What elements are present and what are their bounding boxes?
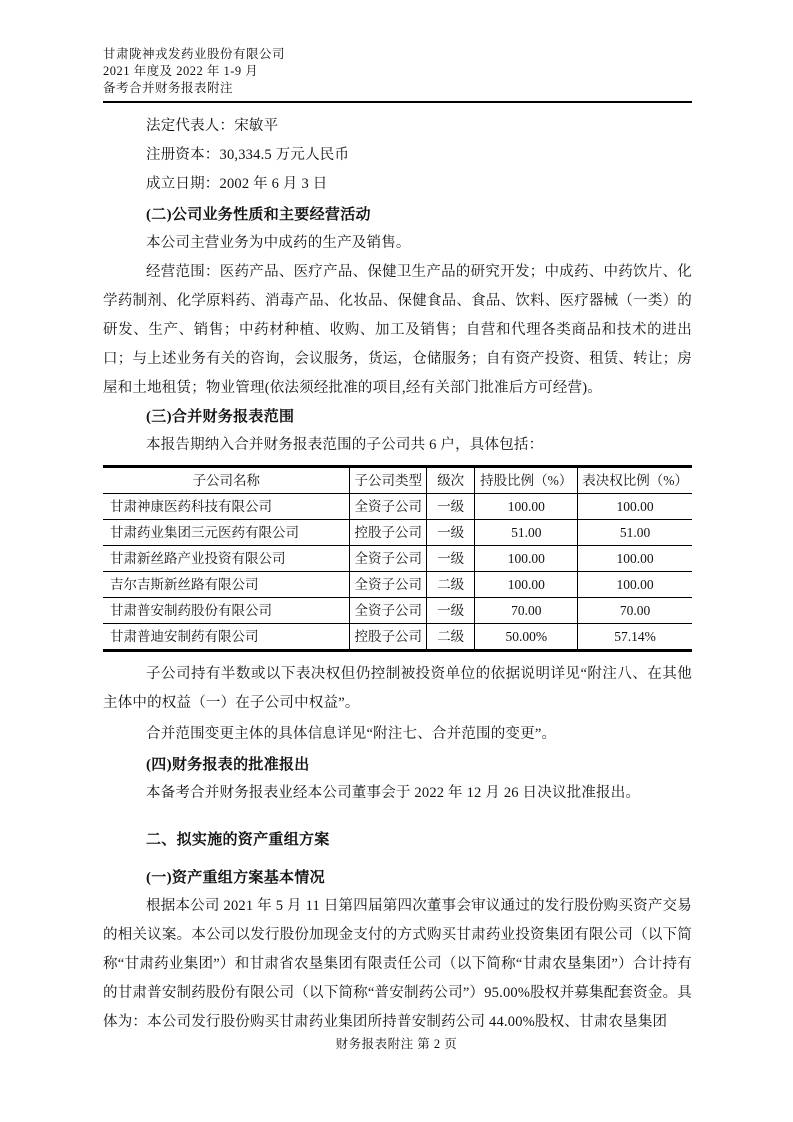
subsidiary-name-cell: 甘肃普安制药股份有限公司 <box>103 598 350 624</box>
restructuring-paragraph: 根据本公司 2021 年 5 月 11 日第四届第四次董事会审议通过的发行股份购… <box>103 892 692 1037</box>
table-cell: 51.00 <box>578 520 692 546</box>
subsidiary-name-cell: 甘肃药业集团三元医药有限公司 <box>103 520 350 546</box>
table-cell: 一级 <box>427 546 475 572</box>
table-cell: 一级 <box>427 494 475 520</box>
subsidiary-name-cell: 甘肃普迪安制药有限公司 <box>103 624 350 651</box>
business-scope-paragraph: 经营范围：医药产品、医疗产品、保健卫生产品的研究开发；中成药、中药饮片、化学药制… <box>103 258 692 403</box>
table-header-row: 子公司名称子公司类型级次持股比例（%）表决权比例（%） <box>103 467 692 494</box>
page-footer: 财务报表附注 第 2 页 <box>0 1034 793 1052</box>
table-row: 甘肃新丝路产业投资有限公司全资子公司一级100.00100.00 <box>103 546 692 572</box>
table-cell: 100.00 <box>475 546 578 572</box>
table-cell: 全资子公司 <box>350 546 427 572</box>
establishment-date: 成立日期：2002 年 6 月 3 日 <box>103 170 692 199</box>
table-header-cell: 子公司类型 <box>350 467 427 494</box>
scope-change-note: 合并范围变更主体的具体信息详见“附注七、合并范围的变更”。 <box>103 720 692 749</box>
table-cell: 57.14% <box>578 624 692 651</box>
table-cell: 70.00 <box>578 598 692 624</box>
page-content: 甘肃陇神戎发药业股份有限公司 2021 年度及 2022 年 1-9 月 备考合… <box>103 46 692 1037</box>
approval-paragraph: 本备考合并财务报表业经本公司董事会于 2022 年 12 月 26 日决议批准报… <box>103 779 692 808</box>
header-rule <box>103 101 692 103</box>
voting-rights-note: 子公司持有半数或以下表决权但仍控制被投资单位的依据说明详见“附注八、在其他主体中… <box>103 660 692 718</box>
main-business-paragraph: 本公司主营业务为中成药的生产及销售。 <box>103 229 692 258</box>
table-cell: 100.00 <box>578 494 692 520</box>
table-cell: 70.00 <box>475 598 578 624</box>
table-row: 甘肃药业集团三元医药有限公司控股子公司一级51.0051.00 <box>103 520 692 546</box>
subsidiary-name-cell: 甘肃神康医药科技有限公司 <box>103 494 350 520</box>
table-cell: 二级 <box>427 624 475 651</box>
table-cell: 一级 <box>427 520 475 546</box>
table-header-cell: 表决权比例（%） <box>578 467 692 494</box>
table-row: 吉尔吉斯新丝路有限公司全资子公司二级100.00100.00 <box>103 572 692 598</box>
table-cell: 50.00% <box>475 624 578 651</box>
subsidiaries-table: 子公司名称子公司类型级次持股比例（%）表决权比例（%） 甘肃神康医药科技有限公司… <box>103 465 692 652</box>
page-number: 财务报表附注 第 2 页 <box>336 1037 458 1051</box>
table-cell: 控股子公司 <box>350 520 427 546</box>
table-header-cell: 持股比例（%） <box>475 467 578 494</box>
table-cell: 二级 <box>427 572 475 598</box>
basic-info-block: 法定代表人：宋敏平 注册资本：30,334.5 万元人民币 成立日期：2002 … <box>103 112 692 199</box>
table-cell: 一级 <box>427 598 475 624</box>
table-cell: 全资子公司 <box>350 494 427 520</box>
report-period: 2021 年度及 2022 年 1-9 月 <box>103 63 692 80</box>
part-heading-restructuring: 二、拟实施的资产重组方案 <box>103 826 692 854</box>
table-cell: 100.00 <box>475 494 578 520</box>
company-name: 甘肃陇神戎发药业股份有限公司 <box>103 46 692 63</box>
registered-capital: 注册资本：30,334.5 万元人民币 <box>103 141 692 170</box>
table-cell: 控股子公司 <box>350 624 427 651</box>
section-heading-business: (二)公司业务性质和主要经营活动 <box>103 201 692 229</box>
document-page: 甘肃陇神戎发药业股份有限公司 2021 年度及 2022 年 1-9 月 备考合… <box>0 0 793 1122</box>
section-heading-approval: (四)财务报表的批准报出 <box>103 751 692 779</box>
section-heading-scope: (三)合并财务报表范围 <box>103 403 692 431</box>
table-cell: 100.00 <box>578 572 692 598</box>
doc-title: 备考合并财务报表附注 <box>103 80 692 97</box>
scope-intro-paragraph: 本报告期纳入合并财务报表范围的子公司共 6 户，具体包括： <box>103 431 692 460</box>
subsidiary-name-cell: 吉尔吉斯新丝路有限公司 <box>103 572 350 598</box>
table-cell: 全资子公司 <box>350 572 427 598</box>
table-row: 甘肃神康医药科技有限公司全资子公司一级100.00100.00 <box>103 494 692 520</box>
table-cell: 51.00 <box>475 520 578 546</box>
table-row: 甘肃普迪安制药有限公司控股子公司二级50.00%57.14% <box>103 624 692 651</box>
table-row: 甘肃普安制药股份有限公司全资子公司一级70.0070.00 <box>103 598 692 624</box>
table-cell: 全资子公司 <box>350 598 427 624</box>
legal-representative: 法定代表人：宋敏平 <box>103 112 692 141</box>
sub-heading-restructuring-basics: (一)资产重组方案基本情况 <box>103 864 692 892</box>
table-cell: 100.00 <box>578 546 692 572</box>
subsidiaries-table-body: 甘肃神康医药科技有限公司全资子公司一级100.00100.00甘肃药业集团三元医… <box>103 494 692 651</box>
table-cell: 100.00 <box>475 572 578 598</box>
subsidiary-name-cell: 甘肃新丝路产业投资有限公司 <box>103 546 350 572</box>
running-header: 甘肃陇神戎发药业股份有限公司 2021 年度及 2022 年 1-9 月 备考合… <box>103 46 692 97</box>
table-header-cell: 子公司名称 <box>103 467 350 494</box>
table-header-cell: 级次 <box>427 467 475 494</box>
